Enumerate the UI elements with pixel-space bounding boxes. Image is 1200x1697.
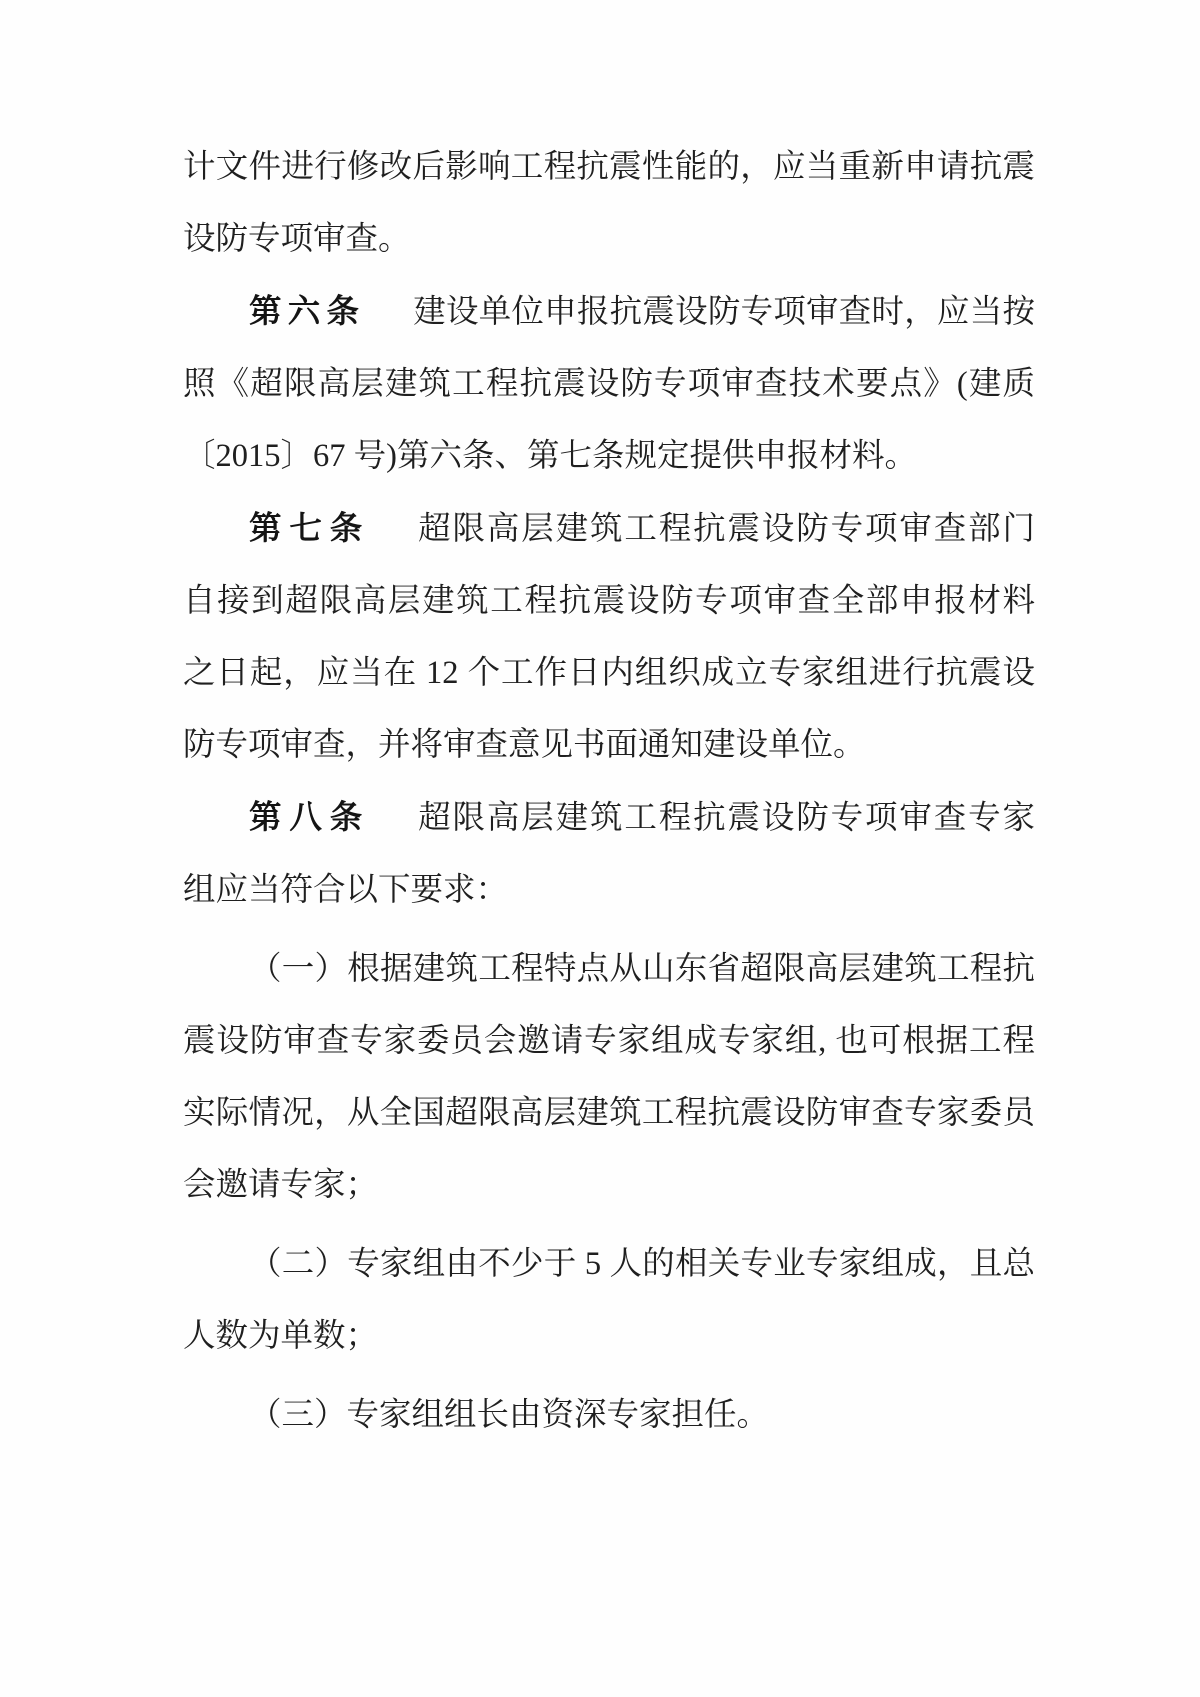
article-paragraph-8: 第八条超限高层建筑工程抗震设防专项审查专家 组应当符合以下要求： (183, 781, 1035, 926)
text-line: 之日起，应当在 12 个工作日内组织成立专家组进行抗震设 (183, 637, 1035, 709)
text-line: 设防专项审查。 (183, 203, 1035, 275)
text-line: 防专项审查，并将审查意见书面通知建设单位。 (183, 709, 1035, 781)
list-item-1: （一）根据建筑工程特点从山东省超限高层建筑工程抗 震设防审查专家委员会邀请专家组… (183, 933, 1035, 1221)
text-line: （三）专家组组长由资深专家担任。 (183, 1379, 1035, 1451)
text-line: 组应当符合以下要求： (183, 854, 1035, 926)
text-line: 实际情况，从全国超限高层建筑工程抗震设防审查专家委员 (183, 1077, 1035, 1149)
paragraph-continuation: 计文件进行修改后影响工程抗震性能的，应当重新申请抗震 设防专项审查。 (183, 131, 1035, 275)
article-text: 建设单位申报抗震设防专项审查时，应当按 (413, 294, 1035, 330)
list-item-2: （二）专家组由不少于 5 人的相关专业专家组成，且总 人数为单数； (183, 1228, 1035, 1372)
article-paragraph-7: 第七条超限高层建筑工程抗震设防专项审查部门 自接到超限高层建筑工程抗震设防专项审… (183, 492, 1035, 781)
text-line: 照《超限高层建筑工程抗震设防专项审查技术要点》(建质 (183, 348, 1035, 420)
text-line: 第六条建设单位申报抗震设防专项审查时，应当按 (183, 275, 1035, 348)
article-paragraph-6: 第六条建设单位申报抗震设防专项审查时，应当按 照《超限高层建筑工程抗震设防专项审… (183, 275, 1035, 492)
text-line: 计文件进行修改后影响工程抗震性能的，应当重新申请抗震 (183, 131, 1035, 203)
article-number: 第七条 (249, 510, 370, 546)
text-line: 第八条超限高层建筑工程抗震设防专项审查专家 (183, 781, 1035, 854)
article-text: 超限高层建筑工程抗震设防专项审查部门 (418, 511, 1035, 547)
text-line: （二）专家组由不少于 5 人的相关专业专家组成，且总 (183, 1228, 1035, 1300)
text-line: （一）根据建筑工程特点从山东省超限高层建筑工程抗 (183, 933, 1035, 1005)
article-number: 第八条 (249, 799, 370, 835)
list-item-3: （三）专家组组长由资深专家担任。 (183, 1379, 1035, 1451)
text-line: 自接到超限高层建筑工程抗震设防专项审查全部申报材料 (183, 565, 1035, 637)
text-line: 震设防审查专家委员会邀请专家组成专家组, 也可根据工程 (183, 1005, 1035, 1077)
article-text: 超限高层建筑工程抗震设防专项审查专家 (418, 800, 1035, 836)
text-line: 〔2015〕67 号)第六条、第七条规定提供申报材料。 (183, 420, 1035, 492)
text-line: 会邀请专家； (183, 1149, 1035, 1221)
document-page: 计文件进行修改后影响工程抗震性能的，应当重新申请抗震 设防专项审查。 第六条建设… (0, 0, 1200, 1697)
article-number: 第六条 (249, 293, 365, 329)
text-line: 人数为单数； (183, 1300, 1035, 1372)
text-line: 第七条超限高层建筑工程抗震设防专项审查部门 (183, 492, 1035, 565)
